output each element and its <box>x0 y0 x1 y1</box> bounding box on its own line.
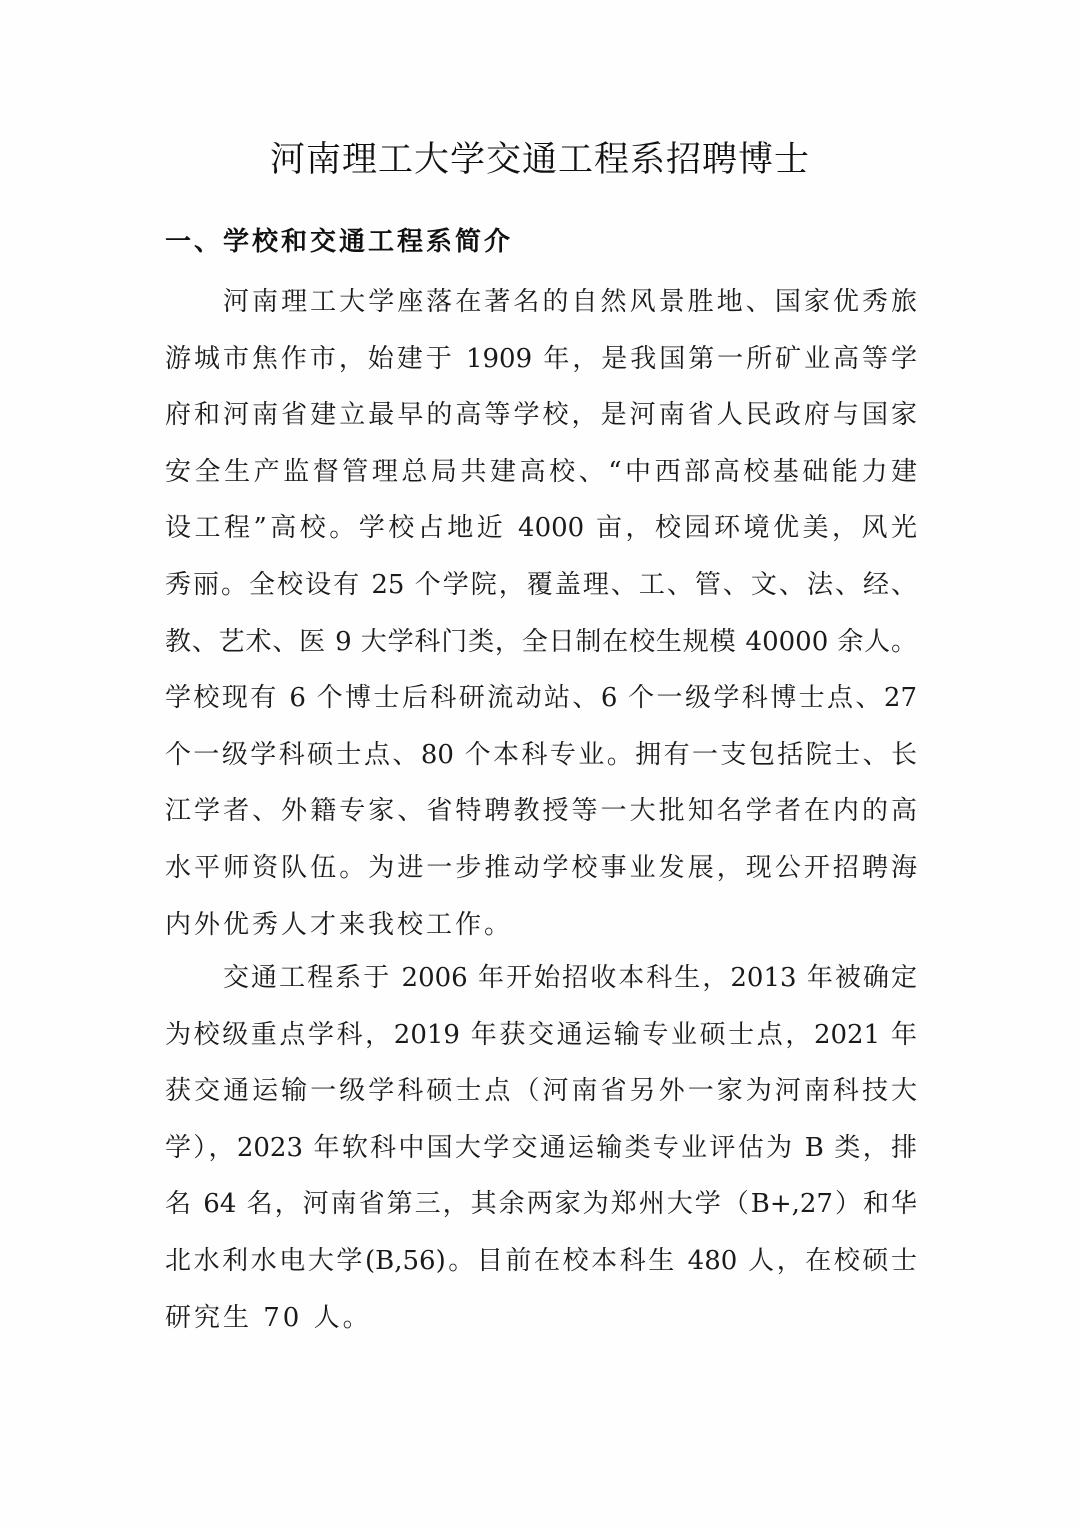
text-line: 游城市焦作市，始建于 1909 年，是我国第一所矿业高等学 <box>165 339 917 396</box>
text-line: 内外优秀人才来我校工作。 <box>165 905 917 962</box>
text-line: 个一级学科硕士点、80 个本科专业。拥有一支包括院士、长 <box>165 735 917 792</box>
section-heading: 一、学校和交通工程系简介 <box>165 222 513 262</box>
text-line: 教、艺术、医 9 大学科门类，全日制在校生规模 40000 余人。 <box>165 622 917 679</box>
text-line: 学校现有 6 个博士后科研流动站、6 个一级学科博士点、27 <box>165 678 917 735</box>
text-line: 河南理工大学座落在著名的自然风景胜地、国家优秀旅 <box>165 282 917 339</box>
text-line: 秀丽。全校设有 25 个学院，覆盖理、工、管、文、法、经、 <box>165 565 917 622</box>
text-line: 府和河南省建立最早的高等学校，是河南省人民政府与国家 <box>165 395 917 452</box>
text-line: 江学者、外籍专家、省特聘教授等一大批知名学者在内的高 <box>165 791 917 848</box>
text-line: 水平师资队伍。为进一步推动学校事业发展，现公开招聘海 <box>165 848 917 905</box>
text-line: 北水利水电大学(B,56)。目前在校本科生 480 人，在校硕士 <box>165 1241 917 1298</box>
text-line: 设工程”高校。学校占地近 4000 亩，校园环境优美，风光 <box>165 508 917 565</box>
text-line: 交通工程系于 2006 年开始招收本科生，2013 年被确定 <box>165 958 917 1015</box>
document-page: 河南理工大学交通工程系招聘博士 一、学校和交通工程系简介 河南理工大学座落在著名… <box>0 0 1080 1527</box>
text-line: 学），2023 年软科中国大学交通运输类专业评估为 B 类，排 <box>165 1128 917 1185</box>
paragraph-department-intro: 交通工程系于 2006 年开始招收本科生，2013 年被确定 为校级重点学科，2… <box>165 958 917 1354</box>
text-line: 为校级重点学科，2019 年获交通运输专业硕士点，2021 年 <box>165 1015 917 1072</box>
document-title: 河南理工大学交通工程系招聘博士 <box>0 136 1080 184</box>
paragraph-school-intro: 河南理工大学座落在著名的自然风景胜地、国家优秀旅 游城市焦作市，始建于 1909… <box>165 282 917 961</box>
text-line: 安全生产监督管理总局共建高校、“中西部高校基础能力建 <box>165 452 917 509</box>
text-line: 名 64 名，河南省第三，其余两家为郑州大学（B+,27）和华 <box>165 1184 917 1241</box>
text-line: 获交通运输一级学科硕士点（河南省另外一家为河南科技大 <box>165 1071 917 1128</box>
text-line: 研究生 70 人。 <box>165 1298 917 1355</box>
